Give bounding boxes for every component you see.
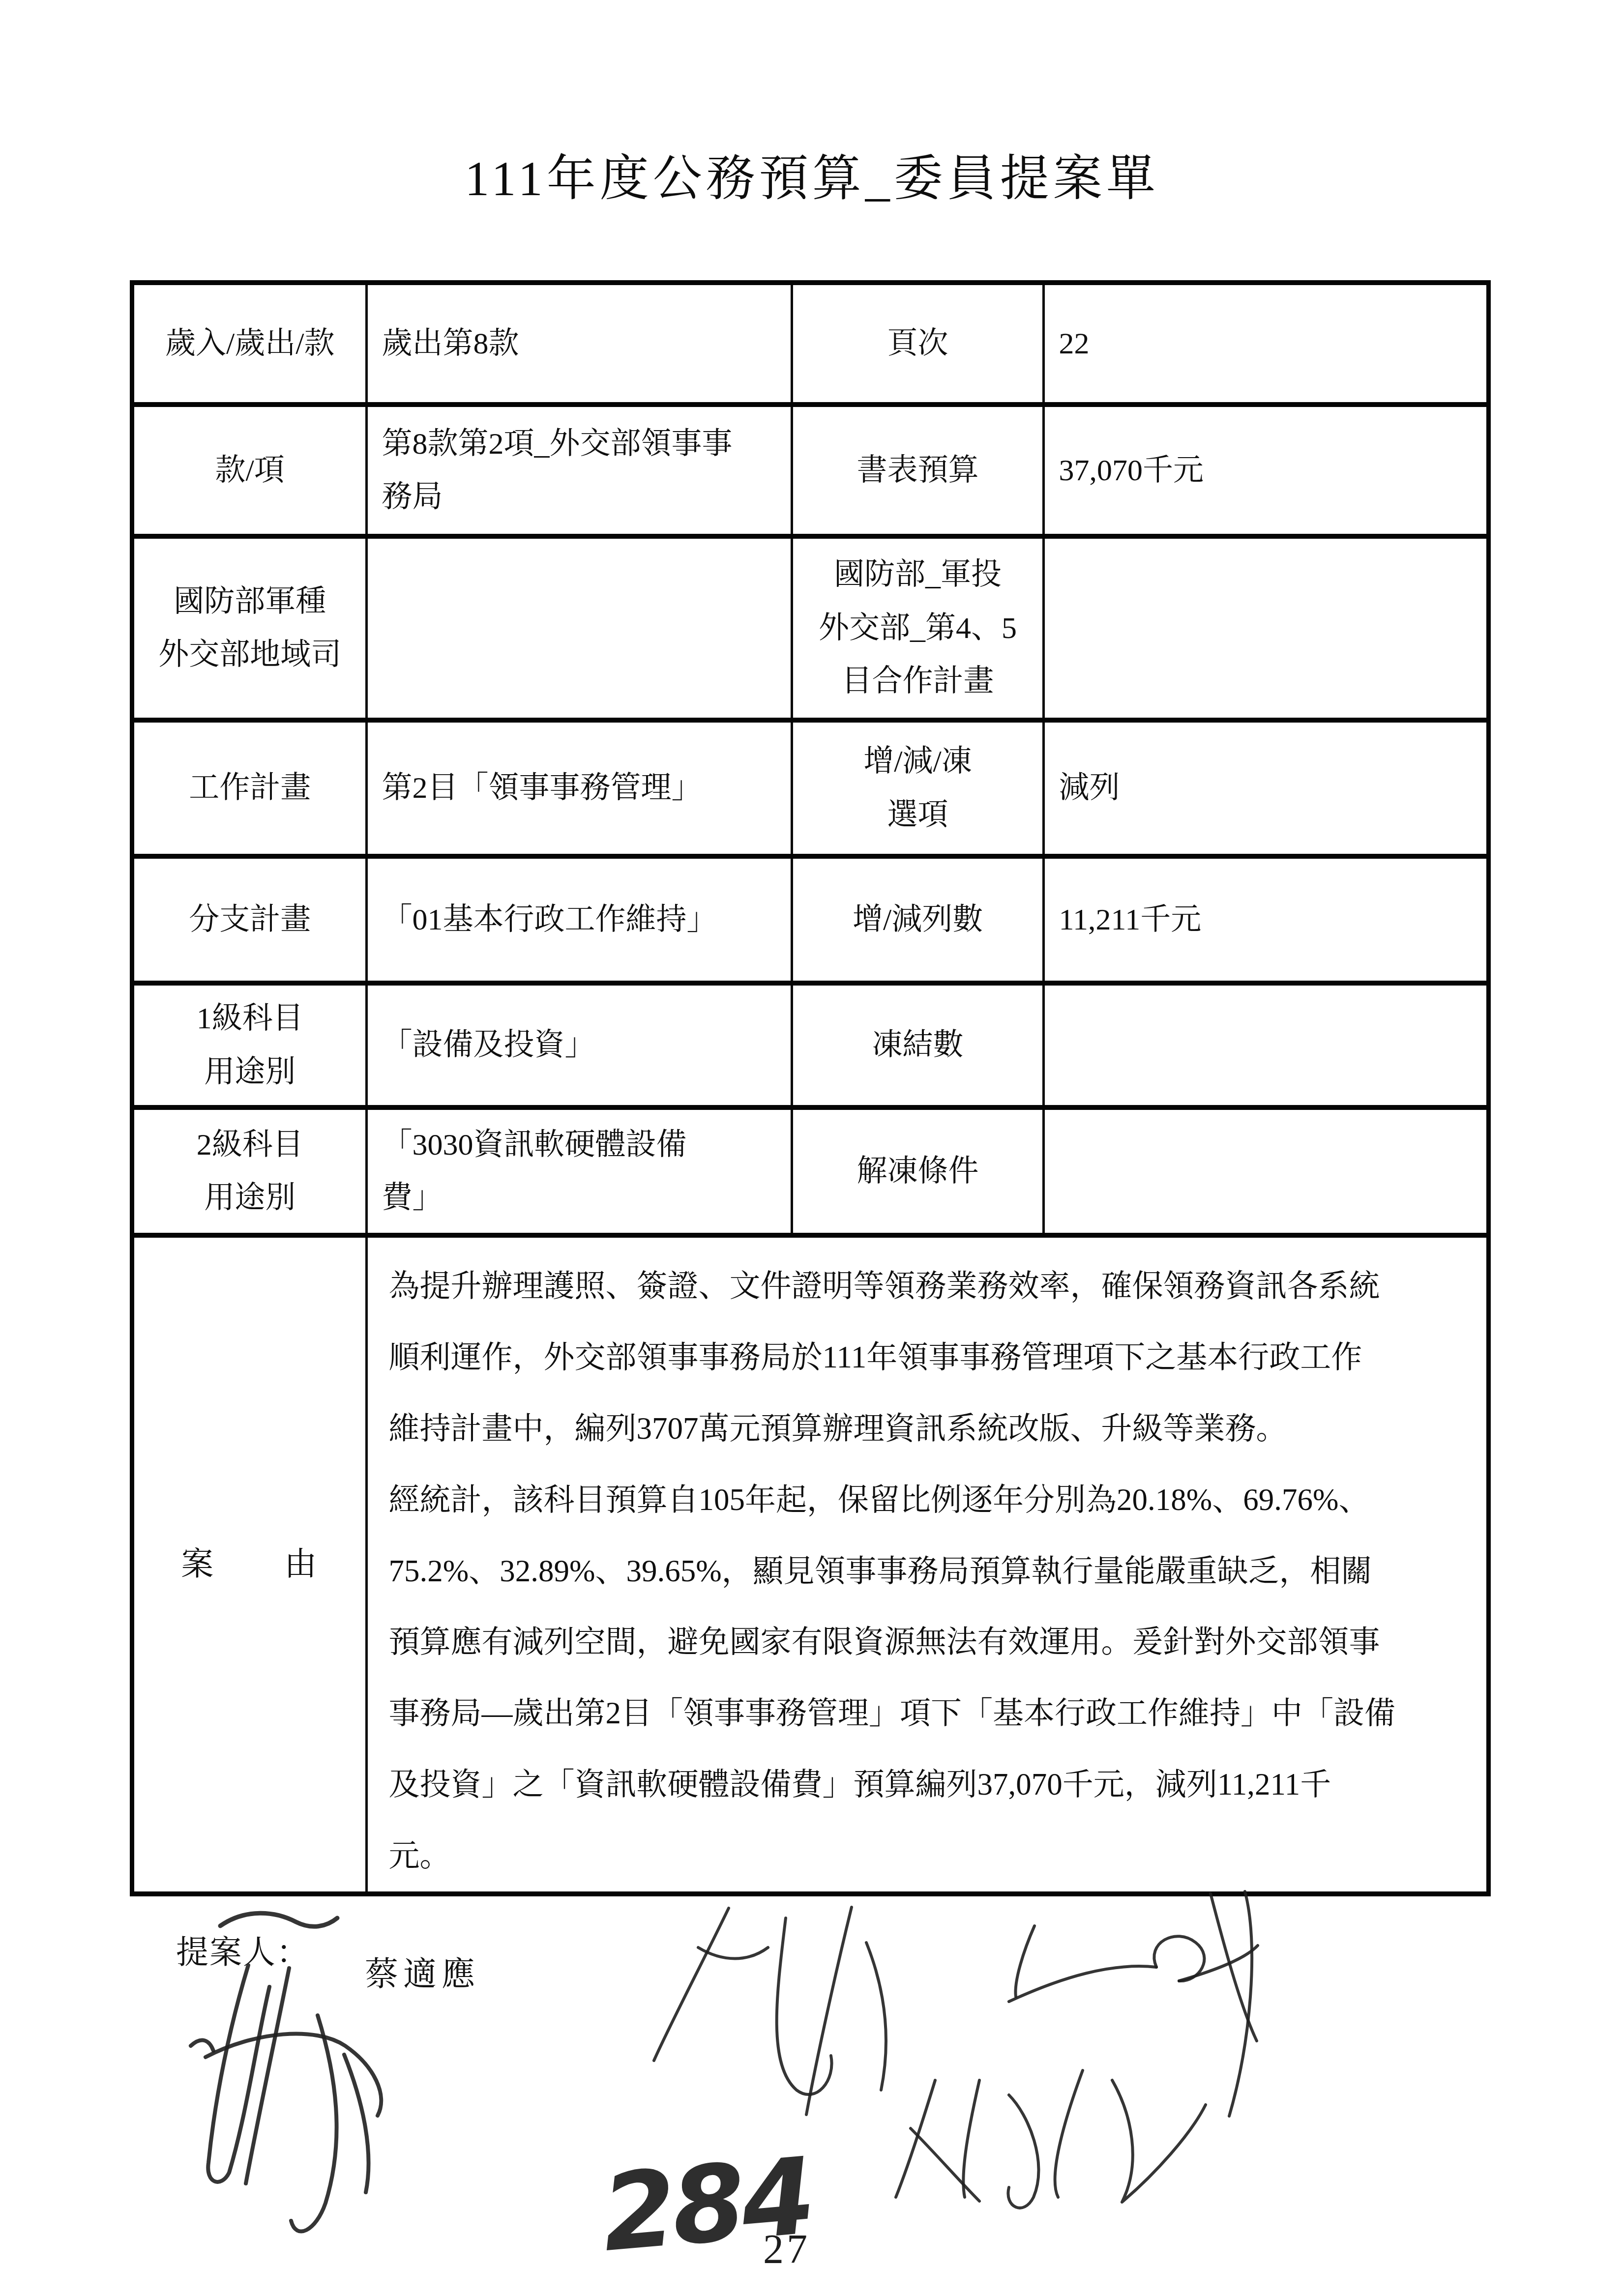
field-value-expenditure-item: 歲出第8款: [367, 283, 792, 405]
field-value-book-budget: 37,070千元: [1044, 405, 1489, 536]
proposer-name: 蔡適應: [365, 1947, 480, 1995]
field-label-level1-subject: 1級科目 用途別: [132, 983, 367, 1107]
field-label-frozen-amount: 凍結數: [792, 983, 1044, 1107]
field-value-sub-plan: 「01基本行政工作維持」: [367, 856, 792, 983]
table-row: 款/項 第8款第2項_外交部領事事 務局 書表預算 37,070千元: [132, 405, 1489, 536]
field-value-cooperation-plan: [1044, 536, 1489, 720]
field-label-case-reason: 案 由: [132, 1235, 367, 1894]
field-label-unfreeze-condition: 解凍條件: [792, 1107, 1044, 1235]
handwritten-signature-middle: [654, 1907, 886, 2115]
field-value-page-index: 22: [1044, 283, 1489, 405]
field-value-case-reason: 為提升辦理護照、簽證、文件證明等領務業務效率，確保領務資訊各系統 順利運作，外交…: [367, 1235, 1489, 1894]
field-value-unfreeze-condition: [1044, 1107, 1489, 1235]
field-label-revenue-expenditure: 歲入/歲出/款: [132, 283, 367, 405]
field-value-change-option: 減列: [1044, 720, 1489, 856]
field-label-book-budget: 書表預算: [792, 405, 1044, 536]
field-value-work-plan: 第2目「領事事務管理」: [367, 720, 792, 856]
field-label-section-item: 款/項: [132, 405, 367, 536]
proposer-label: 提案人：: [176, 1926, 310, 1973]
field-value-frozen-amount: [1044, 983, 1489, 1107]
field-value-military-branch: [367, 536, 792, 720]
field-value-section-item: 第8款第2項_外交部領事事 務局: [367, 405, 792, 536]
table-row: 1級科目 用途別 「設備及投資」 凍結數: [132, 983, 1489, 1107]
field-label-military-branch: 國防部軍種 外交部地域司: [132, 536, 367, 720]
scanned-budget-proposal-page: { "page": { "title": "111年度公務預算_委員提案單", …: [0, 0, 1624, 2296]
table-row: 分支計畫 「01基本行政工作維持」 增/減列數 11,211千元: [132, 856, 1489, 983]
handwritten-signature-right-lower: [896, 2070, 1206, 2208]
field-label-sub-plan: 分支計畫: [132, 856, 367, 983]
page-title: 111年度公務預算_委員提案單: [0, 139, 1624, 209]
handwritten-signature-right-upper: [1009, 1891, 1258, 2116]
proposal-form-table: 歲入/歲出/款 歲出第8款 頁次 22 款/項 第8款第2項_外交部領事事 務局…: [130, 280, 1491, 1896]
field-label-work-plan: 工作計畫: [132, 720, 367, 856]
field-label-cooperation-plan: 國防部_軍投 外交部_第4、5 目合作計畫: [792, 536, 1044, 720]
field-value-level1-subject: 「設備及投資」: [367, 983, 792, 1107]
table-row: 國防部軍種 外交部地域司 國防部_軍投 外交部_第4、5 目合作計畫: [132, 536, 1489, 720]
table-row: 工作計畫 第2目「領事事務管理」 增/減/凍 選項 減列: [132, 720, 1489, 856]
field-label-page-index: 頁次: [792, 283, 1044, 405]
field-label-change-amount: 增/減列數: [792, 856, 1044, 983]
field-value-level2-subject: 「3030資訊軟硬體設備 費」: [367, 1107, 792, 1235]
table-row: 歲入/歲出/款 歲出第8款 頁次 22: [132, 283, 1489, 405]
handwritten-signature-left: [191, 1965, 381, 2231]
field-label-change-option: 增/減/凍 選項: [792, 720, 1044, 856]
field-value-change-amount: 11,211千元: [1044, 856, 1489, 983]
table-row-case: 案 由 為提升辦理護照、簽證、文件證明等領務業務效率，確保領務資訊各系統 順利運…: [132, 1235, 1489, 1894]
table-row: 2級科目 用途別 「3030資訊軟硬體設備 費」 解凍條件: [132, 1107, 1489, 1235]
page-number: 27: [763, 2226, 810, 2273]
signature-flourish: [220, 1913, 337, 1926]
field-label-level2-subject: 2級科目 用途別: [132, 1107, 367, 1235]
